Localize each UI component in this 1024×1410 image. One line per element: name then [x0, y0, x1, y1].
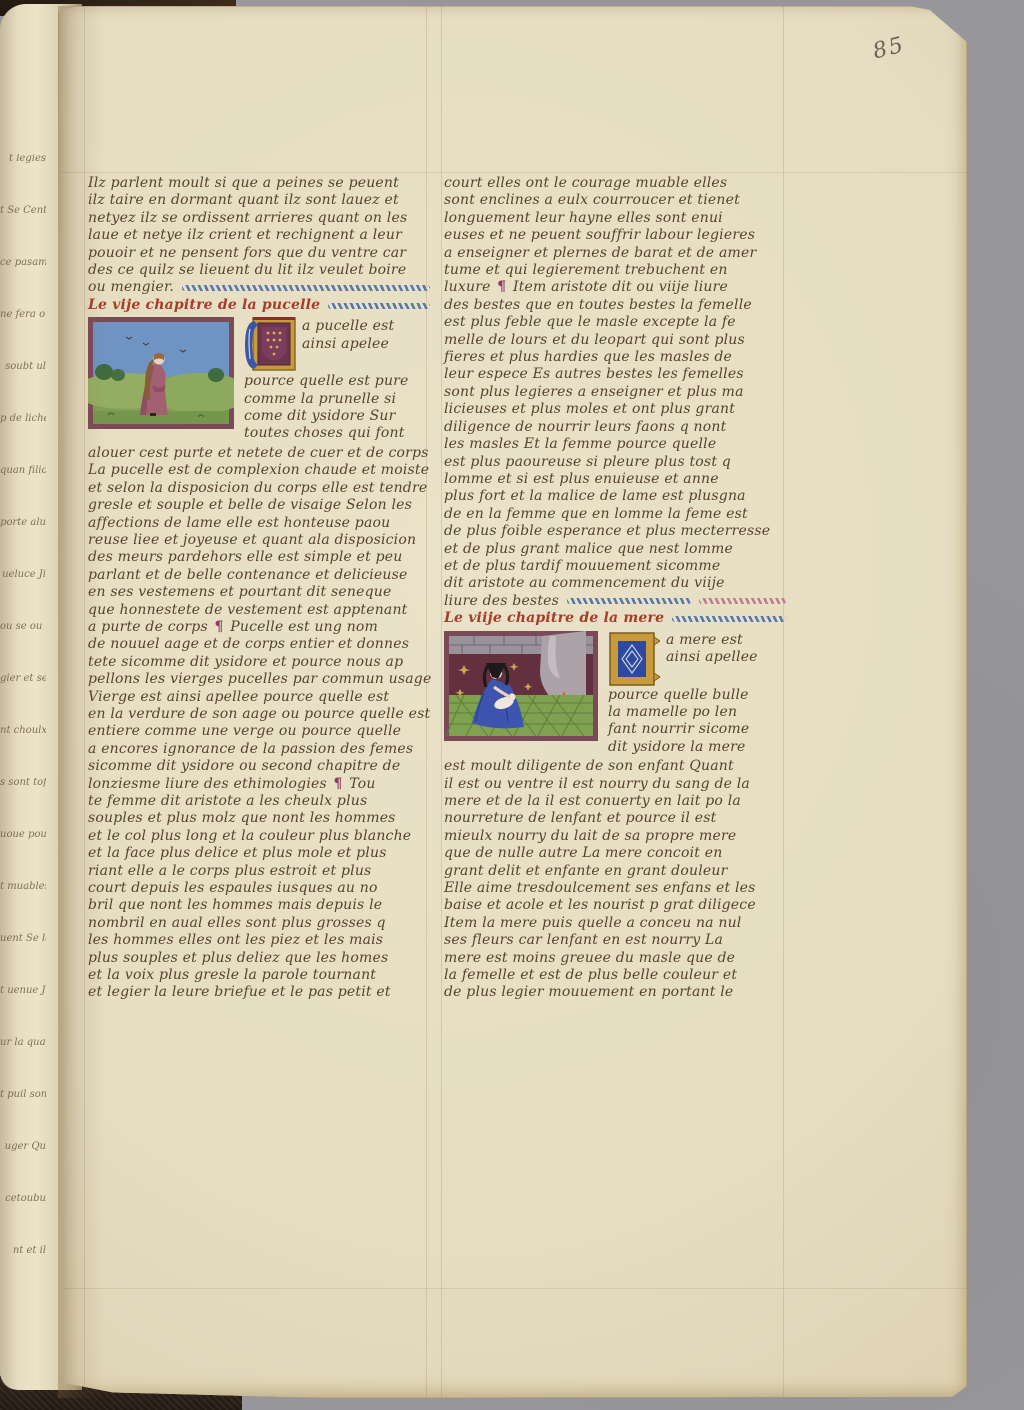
maiden-in-meadow-miniature — [88, 317, 234, 429]
paragraph: court elles ont le courage muable elless… — [444, 175, 786, 593]
wrapped-text-beside-initial: a pucelle estainsi apelee — [302, 317, 394, 373]
facing-page-text-fragments: t legiest Se Centce pasamne fera ousoubt… — [0, 154, 46, 1256]
line-filler-pink — [699, 598, 786, 604]
chapter-rubric-mere: Le viije chapitre de la mere — [444, 610, 786, 627]
paragraph-last-line: ou mengier. — [88, 279, 430, 296]
paragraph: Ilz parlent moult si que a peines se peu… — [88, 175, 430, 279]
wrapped-text: a pucelle estainsi apelee pource quelle … — [234, 317, 430, 443]
text-column-left: Ilz parlent moult si que a peines se peu… — [88, 175, 430, 1002]
ruling-line — [441, 6, 442, 1398]
manuscript-page: 85 Ilz parlent moult si que a peines se … — [58, 6, 967, 1398]
ruling-line — [58, 1288, 967, 1289]
ruling-line — [84, 6, 85, 1398]
paragraph-last-line: liure des bestes — [444, 593, 786, 610]
wrapped-text-below-initial: pource quelle est purecomme la prunelle … — [244, 373, 430, 443]
line-filler — [182, 285, 430, 291]
folio-number: 85 — [870, 33, 907, 65]
illuminated-initial-L — [244, 317, 296, 373]
text-column-right: court elles ont le courage muable elless… — [444, 175, 786, 1002]
miniature-block-pucelle: a pucelle estainsi apelee pource quelle … — [88, 317, 430, 443]
wrapped-text-below-initial: pource quelle bullela mamelle po lenfant… — [608, 687, 786, 757]
miniature-block-mere: a mere estainsi apellee pource quelle bu… — [444, 631, 786, 757]
line-filler — [328, 303, 430, 309]
chapter-rubric-pucelle: Le vije chapitre de la pucelle — [88, 297, 430, 314]
wrapped-text: a mere estainsi apellee pource quelle bu… — [598, 631, 786, 757]
mother-nursing-by-fire-miniature — [444, 631, 598, 741]
paragraph: est moult diligente de son enfant Quanti… — [444, 758, 786, 1002]
illuminated-initial-L — [608, 631, 660, 687]
ruling-line — [58, 172, 967, 173]
paragraph: alouer cest purte et netete de cuer et d… — [88, 445, 430, 1002]
line-filler — [672, 616, 786, 622]
wrapped-text-beside-initial: a mere estainsi apellee — [666, 631, 758, 687]
line-filler — [567, 598, 691, 604]
